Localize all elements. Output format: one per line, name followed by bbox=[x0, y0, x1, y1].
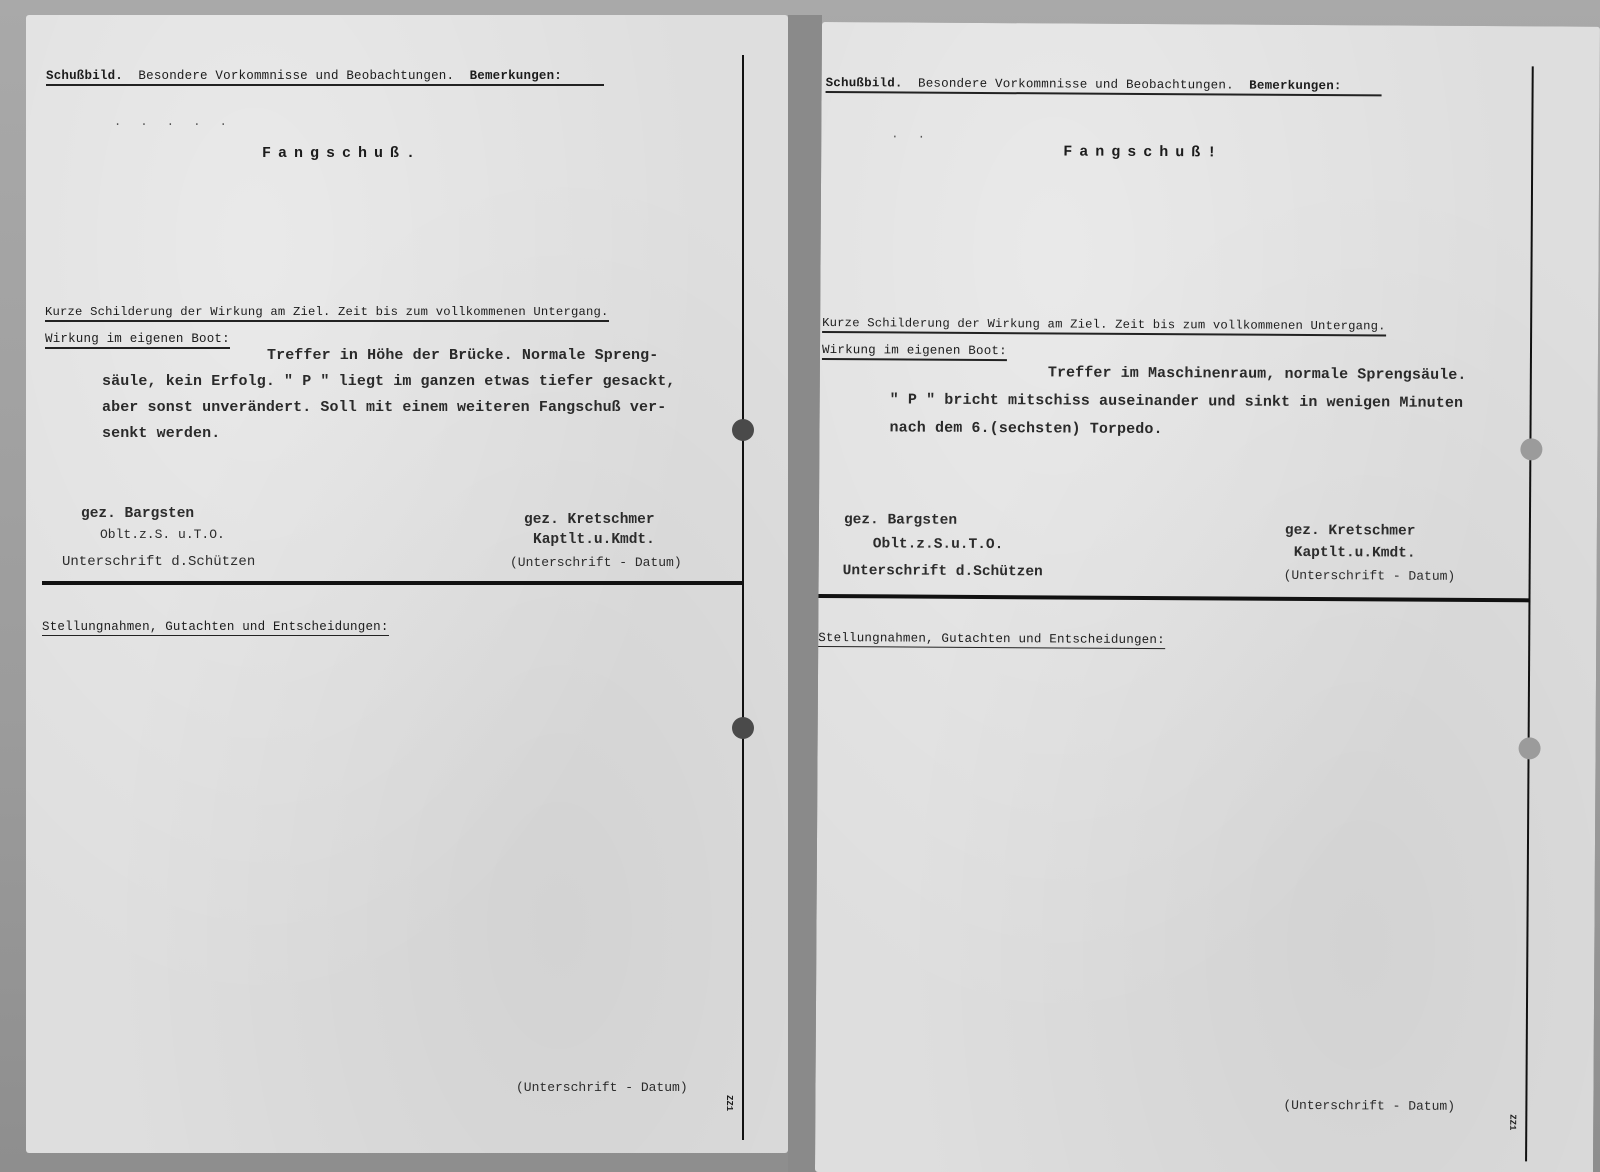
commander-signature-caption: (Unterschrift - Datum) bbox=[510, 555, 682, 570]
report-line: " P " bricht mitschiss auseinander und s… bbox=[890, 386, 1467, 418]
shooter-signature-name: gez. Bargsten bbox=[81, 504, 194, 525]
shooter-signature-rank: Oblt.z.S.u.T.O. bbox=[873, 534, 1004, 556]
page-title: Fangschuß. bbox=[262, 145, 422, 162]
section-divider bbox=[818, 594, 1530, 602]
header-part-schussbild: Schußbild. bbox=[46, 69, 123, 83]
commander-signature-name: gez. Kretschmer bbox=[524, 510, 655, 531]
section-divider bbox=[42, 581, 744, 585]
shooter-signature-caption: Unterschrift d.Schützen bbox=[843, 561, 1043, 583]
report-body: Treffer im Maschinenraum, normale Spreng… bbox=[889, 358, 1466, 446]
report-line: nach dem 6.(sechsten) Torpedo. bbox=[889, 414, 1466, 446]
report-body: Treffer in Höhe der Brücke. Normale Spre… bbox=[102, 343, 675, 447]
margin-stamp: ZZ1 bbox=[724, 1095, 734, 1111]
shooter-signature-caption: Unterschrift d.Schützen bbox=[62, 552, 255, 573]
shooter-signature-name: gez. Bargsten bbox=[844, 510, 957, 532]
header-part-schussbild: Schußbild. bbox=[826, 76, 903, 90]
section-header-observations: Schußbild. Besondere Vorkommnisse und Be… bbox=[826, 76, 1382, 96]
shooter-signature-rank: Oblt.z.S. u.T.O. bbox=[100, 527, 225, 542]
report-line: Treffer im Maschinenraum, normale Spreng… bbox=[890, 358, 1467, 390]
margin-stamp: ZZ1 bbox=[1507, 1114, 1517, 1130]
document-page-left: Schußbild. Besondere Vorkommnisse und Be… bbox=[26, 15, 788, 1153]
typed-dots: . . bbox=[891, 127, 931, 141]
section-header-effect: Kurze Schilderung der Wirkung am Ziel. Z… bbox=[822, 316, 1386, 336]
commander-signature-rank: Kaptlt.u.Kmdt. bbox=[533, 530, 655, 551]
punch-hole-icon bbox=[1519, 737, 1541, 759]
header-part-bemerkungen: Bemerkungen: bbox=[470, 69, 562, 83]
punch-hole-icon bbox=[1520, 438, 1542, 460]
section-header-effect: Kurze Schilderung der Wirkung am Ziel. Z… bbox=[45, 305, 609, 322]
section-header-opinions: Stellungnahmen, Gutachten und Entscheidu… bbox=[42, 620, 389, 636]
section-header-observations: Schußbild. Besondere Vorkommnisse und Be… bbox=[46, 69, 604, 86]
footer-signature-caption: (Unterschrift - Datum) bbox=[1283, 1098, 1455, 1114]
report-line: aber sonst unverändert. Soll mit einem w… bbox=[102, 395, 675, 421]
commander-signature-name: gez. Kretschmer bbox=[1285, 521, 1416, 543]
header-part-vorkommnisse: Besondere Vorkommnisse und Beobachtungen… bbox=[918, 77, 1234, 93]
report-line: Treffer in Höhe der Brücke. Normale Spre… bbox=[102, 343, 675, 369]
commander-signature-rank: Kaptlt.u.Kmdt. bbox=[1294, 543, 1416, 565]
typed-dots: . . . . . bbox=[114, 115, 233, 129]
section-header-opinions: Stellungnahmen, Gutachten und Entscheidu… bbox=[818, 631, 1165, 649]
header-part-bemerkungen: Bemerkungen: bbox=[1249, 79, 1342, 94]
footer-signature-caption: (Unterschrift - Datum) bbox=[516, 1080, 688, 1095]
commander-signature-caption: (Unterschrift - Datum) bbox=[1284, 568, 1456, 584]
margin-rule bbox=[742, 55, 744, 1140]
report-line: senkt werden. bbox=[102, 421, 675, 447]
document-page-right: Schußbild. Besondere Vorkommnisse und Be… bbox=[815, 22, 1600, 1172]
punch-hole-icon bbox=[732, 419, 754, 441]
report-line: säule, kein Erfolg. " P " liegt im ganze… bbox=[102, 369, 675, 395]
margin-rule bbox=[1525, 66, 1534, 1161]
punch-hole-icon bbox=[732, 717, 754, 739]
page-title: Fangschuß! bbox=[1063, 143, 1223, 161]
header-part-vorkommnisse: Besondere Vorkommnisse und Beobachtungen… bbox=[138, 69, 454, 83]
